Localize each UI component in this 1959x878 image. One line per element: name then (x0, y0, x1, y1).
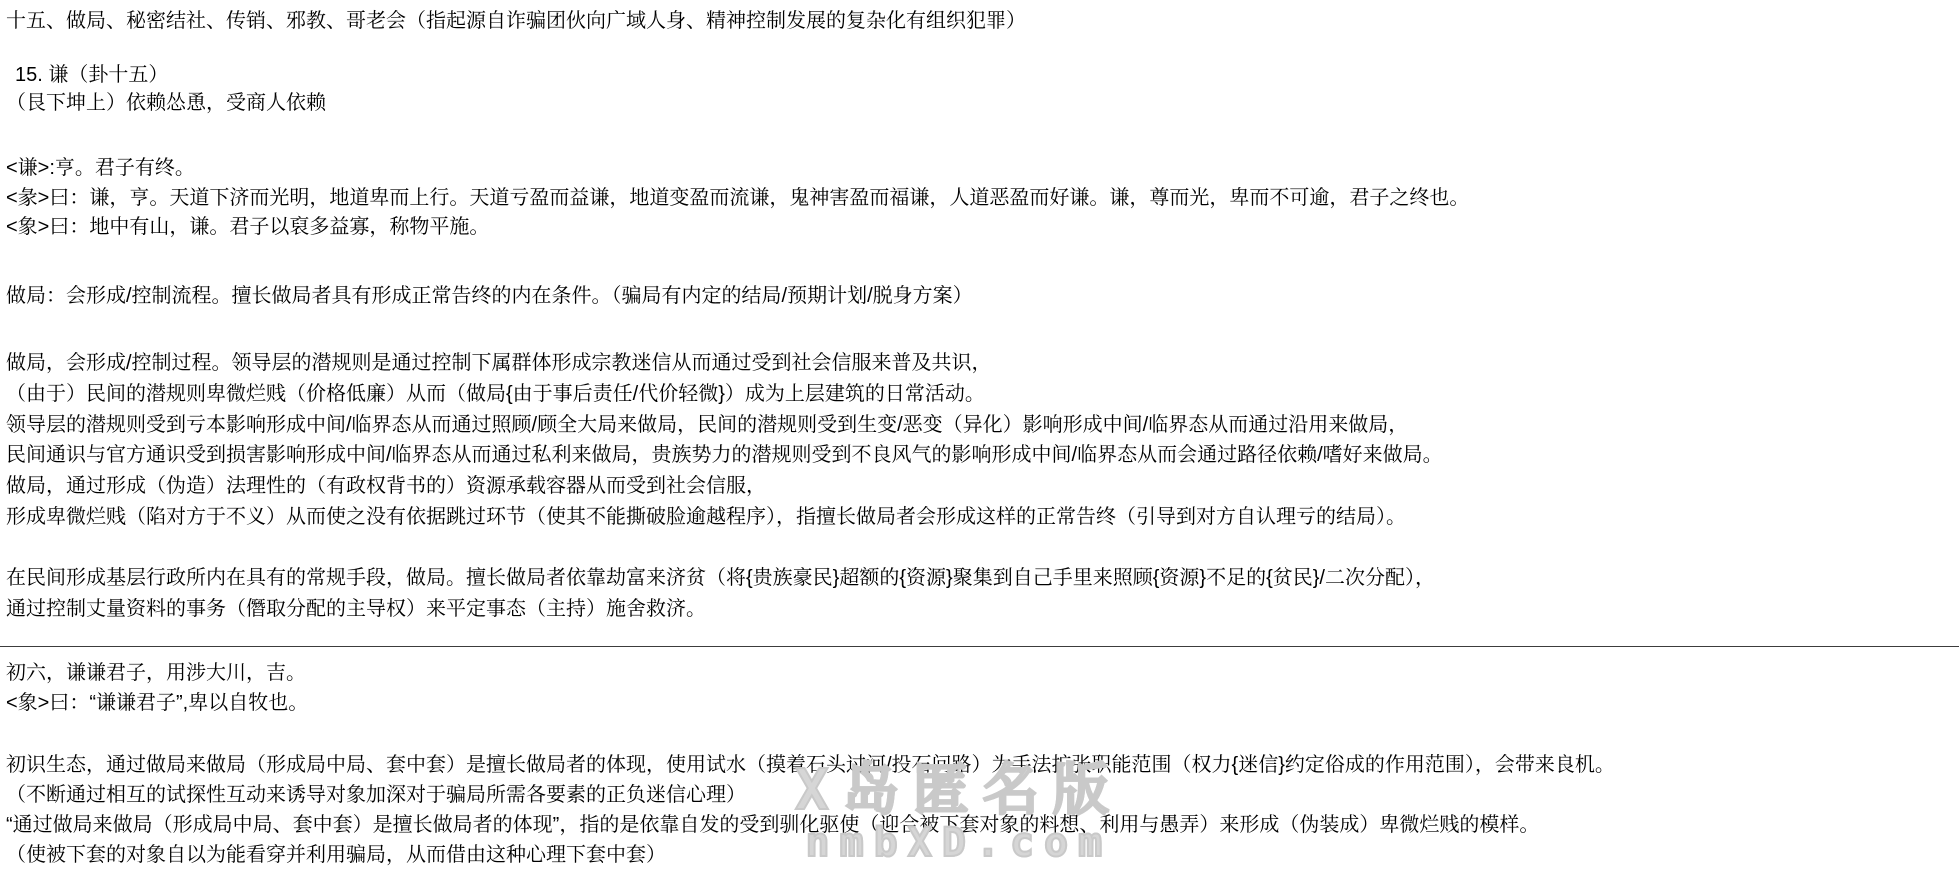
zuoju-paragraph-line: 领导层的潜规则受到亏本影响形成中间/临界态从而通过照顾/顾全大局来做局，民间的潜… (6, 412, 1408, 438)
commentary-line: 初识生态，通过做局来做局（形成局中局、套中套）是擅长做局者的体现，使用试水（摸着… (6, 752, 1615, 778)
hexagram-title: 15. 谦（卦十五） (15, 62, 168, 88)
classic-judgment: <谦>:亨。君子有终。 (6, 155, 195, 181)
zuoju-paragraph-line: 民间通识与官方通识受到损害影响形成中间/临界态从而通过私利来做局，贵族势力的潜规… (6, 442, 1443, 468)
commentary-line: “通过做局来做局（形成局中局、套中套）是擅长做局者的体现”，指的是依靠自发的受到… (6, 812, 1539, 838)
classic-tuan: <彖>曰：谦，亨。天道下济而光明，地道卑而上行。天道亏盈而益谦，地道变盈而流谦，… (6, 185, 1469, 211)
yao-xiang-text: <象>曰：“谦谦君子”,卑以自牧也。 (6, 690, 308, 716)
trigram-note: （艮下坤上）依赖怂恿，受商人依赖 (6, 90, 326, 116)
zuoju-paragraph-line: 做局，通过形成（伪造）法理性的（有政权背书的）资源承载容器从而受到社会信服， (6, 473, 766, 499)
zuoju-summary: 做局：会形成/控制流程。擅长做局者具有形成正常告终的内在条件。（骗局有内定的结局… (6, 283, 973, 309)
section-divider (0, 646, 1959, 647)
classic-xiang: <象>曰：地中有山，谦。君子以裒多益寡，称物平施。 (6, 214, 489, 240)
commentary-line: （使被下套的对象自以为能看穿并利用骗局，从而借由这种心理下套中套） (6, 842, 666, 868)
chapter-header: 十五、做局、秘密结社、传销、邪教、哥老会（指起源自诈骗团伙向广域人身、精神控制发… (6, 8, 1026, 34)
document-page: 十五、做局、秘密结社、传销、邪教、哥老会（指起源自诈骗团伙向广域人身、精神控制发… (0, 0, 1959, 878)
zuoju-paragraph-line: 做局，会形成/控制过程。领导层的潜规则是通过控制下属群体形成宗教迷信从而通过受到… (6, 350, 992, 376)
yao-line-text: 初六，谦谦君子，用涉大川，吉。 (6, 660, 306, 686)
zuoju-paragraph-line: （由于）民间的潜规则卑微烂贱（价格低廉）从而（做局{由于事后责任/代价轻微}）成… (6, 381, 985, 407)
commentary-line: （不断通过相互的试探性互动来诱导对象加深对于骗局所需各要素的正负迷信心理） (6, 782, 746, 808)
folk-paragraph-line: 在民间形成基层行政所内在具有的常规手段，做局。擅长做局者依靠劫富来济贫（将{贵族… (6, 565, 1435, 591)
zuoju-paragraph-line: 形成卑微烂贱（陷对方于不义）从而使之没有依据跳过环节（使其不能撕破脸逾越程序），… (6, 504, 1406, 530)
folk-paragraph-line: 通过控制丈量资料的事务（僭取分配的主导权）来平定事态（主持）施舍救济。 (6, 596, 706, 622)
